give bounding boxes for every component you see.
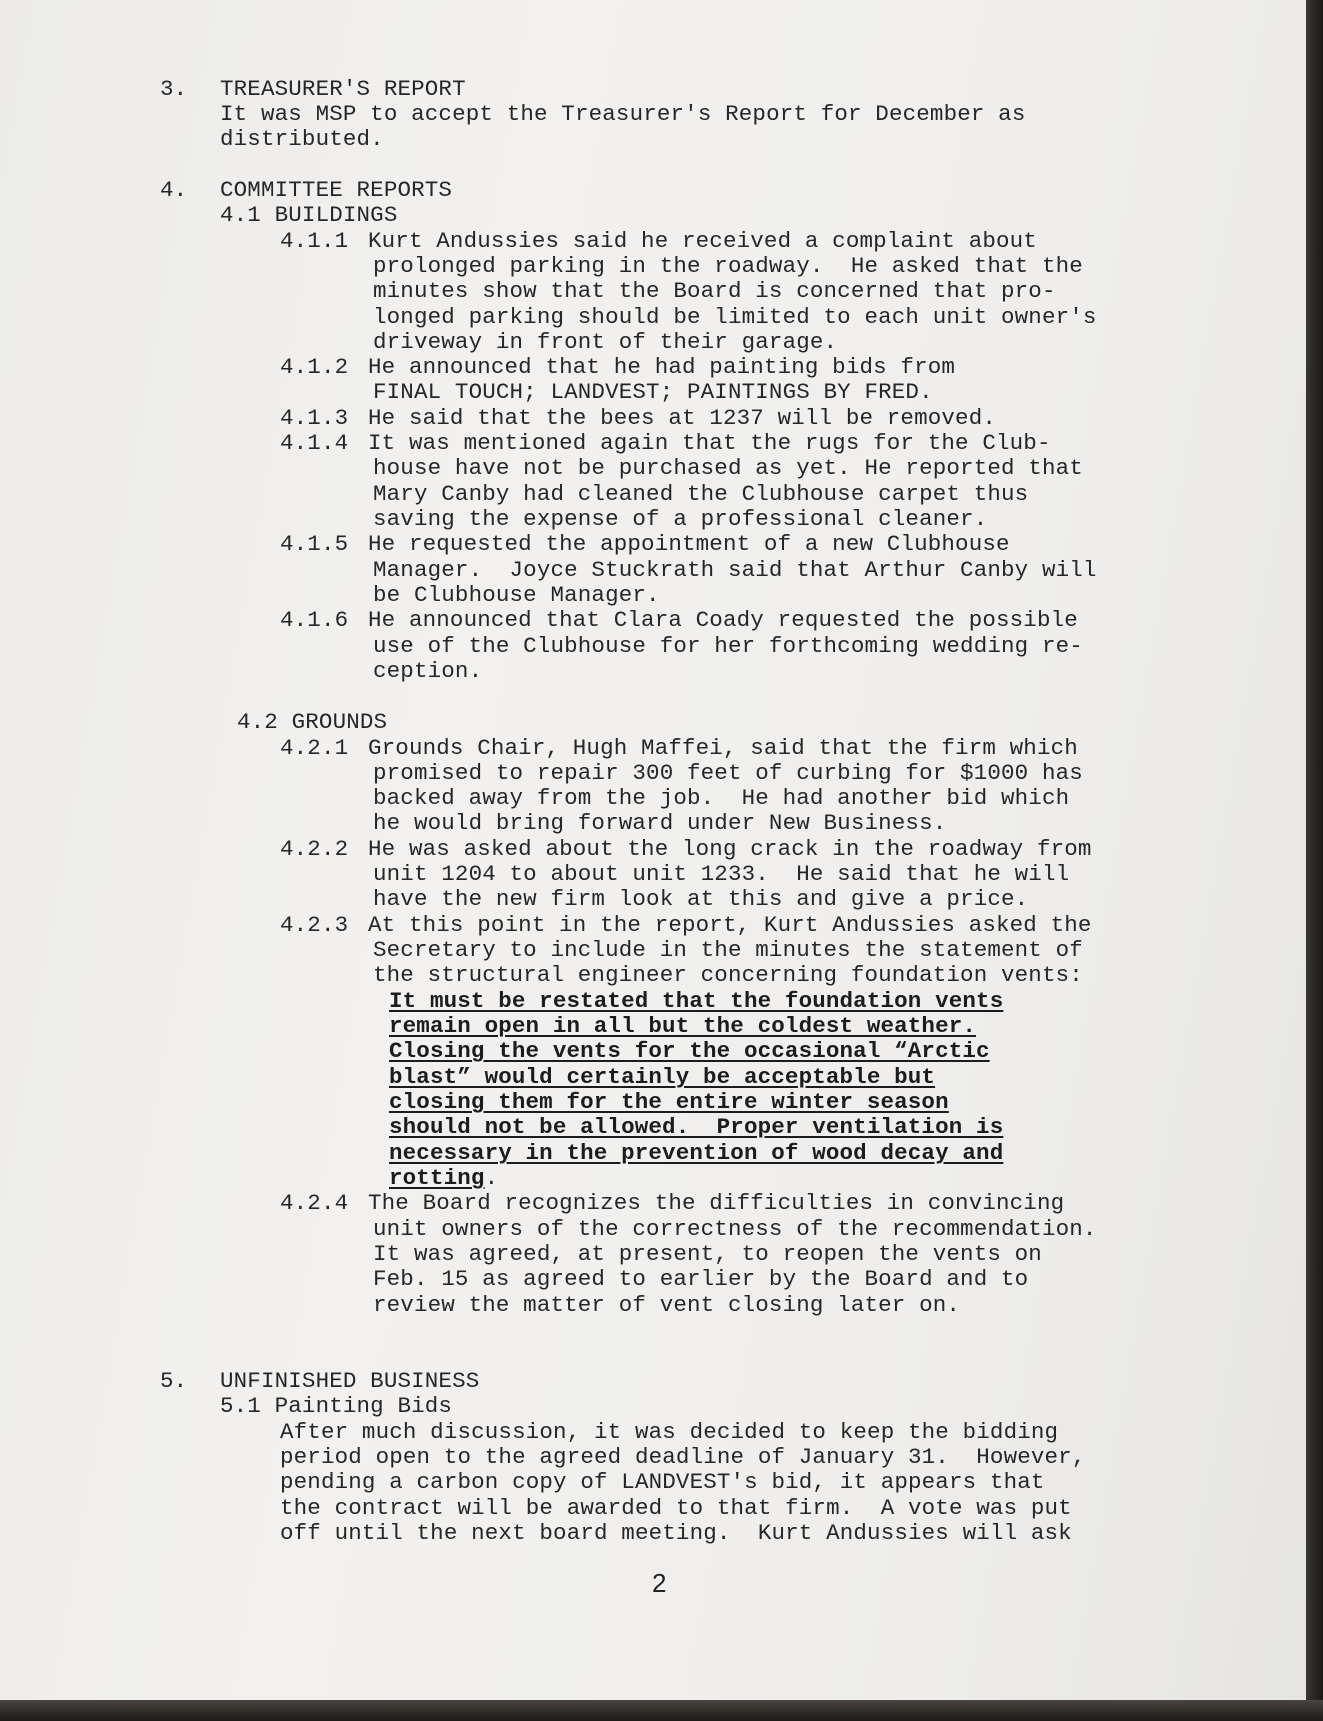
item-number: 4.1.1	[280, 229, 348, 254]
item-line: have the new firm look at this and give …	[373, 887, 1028, 912]
quote-line: necessary in the prevention of wood deca…	[389, 1141, 1003, 1166]
quote-line: remain open in all but the coldest weath…	[389, 1014, 976, 1039]
quote-line: It must be restated that the foundation …	[389, 989, 1003, 1014]
body-line: period open to the agreed deadline of Ja…	[280, 1445, 1085, 1470]
subsection-title: 4.2 GROUNDS	[237, 710, 387, 735]
item-line: prolonged parking in the roadway. He ask…	[373, 254, 1083, 279]
section-title: COMMITTEE REPORTS	[220, 178, 452, 203]
item-line: review the matter of vent closing later …	[373, 1293, 960, 1318]
section-title: TREASURER'S REPORT	[220, 77, 466, 102]
item-line: driveway in front of their garage.	[373, 330, 837, 355]
item-line: backed away from the job. He had another…	[373, 786, 1069, 811]
item-line: The Board recognizes the difficulties in…	[368, 1191, 1064, 1216]
item-number: 4.2.2	[280, 837, 348, 862]
section-title: UNFINISHED BUSINESS	[220, 1369, 479, 1394]
item-number: 4.2.3	[280, 913, 348, 938]
item-number: 4.2.4	[280, 1191, 348, 1216]
item-line: unit 1204 to about unit 1233. He said th…	[373, 862, 1069, 887]
body-line: the contract will be awarded to that fir…	[280, 1496, 1072, 1521]
item-line: He requested the appointment of a new Cl…	[368, 532, 1010, 557]
quote-period: .	[485, 1165, 499, 1191]
item-line: It was mentioned again that the rugs for…	[368, 431, 1051, 456]
item-line: Mary Canby had cleaned the Clubhouse car…	[373, 482, 1028, 507]
background-edge-right	[1306, 0, 1323, 1721]
subsection-title: 5.1 Painting Bids	[220, 1394, 452, 1419]
item-line: use of the Clubhouse for her forthcoming…	[373, 634, 1083, 659]
page-number: 2	[652, 1568, 666, 1599]
quote-line: rotting	[389, 1165, 485, 1191]
item-number: 4.1.5	[280, 532, 348, 557]
item-line: unit owners of the correctness of the re…	[373, 1217, 1097, 1242]
background-edge-bottom	[0, 1700, 1323, 1721]
item-line: At this point in the report, Kurt Anduss…	[368, 913, 1092, 938]
item-line: minutes show that the Board is concerned…	[373, 279, 1056, 304]
item-line: the structural engineer concerning found…	[373, 963, 1083, 988]
item-line: It was agreed, at present, to reopen the…	[373, 1242, 1042, 1267]
quote-last-line: rotting.	[389, 1166, 498, 1191]
item-line: Secretary to include in the minutes the …	[373, 938, 1083, 963]
body-line: distributed.	[220, 127, 384, 152]
item-line: Kurt Andussies said he received a compla…	[368, 229, 1037, 254]
item-line: He announced that he had painting bids f…	[368, 355, 955, 380]
quote-line: should not be allowed. Proper ventilatio…	[389, 1115, 1003, 1140]
item-line: He said that the bees at 1237 will be re…	[368, 406, 996, 431]
item-line: be Clubhouse Manager.	[373, 583, 660, 608]
item-line: He announced that Clara Coady requested …	[368, 608, 1078, 633]
item-number: 4.1.2	[280, 355, 348, 380]
quote-line: Closing the vents for the occasional “Ar…	[389, 1039, 990, 1064]
body-line: off until the next board meeting. Kurt A…	[280, 1521, 1072, 1546]
quote-line: blast” would certainly be acceptable but	[389, 1065, 935, 1090]
item-number: 4.1.3	[280, 406, 348, 431]
item-line: Grounds Chair, Hugh Maffei, said that th…	[368, 736, 1078, 761]
body-line: It was MSP to accept the Treasurer's Rep…	[220, 102, 1025, 127]
item-line: He was asked about the long crack in the…	[368, 837, 1092, 862]
item-line: promised to repair 300 feet of curbing f…	[373, 761, 1083, 786]
quote-line: closing them for the entire winter seaso…	[389, 1090, 949, 1115]
item-line: Manager. Joyce Stuckrath said that Arthu…	[373, 558, 1097, 583]
subsection-title: 4.1 BUILDINGS	[220, 203, 397, 228]
item-line: Feb. 15 as agreed to earlier by the Boar…	[373, 1267, 1028, 1292]
item-line: he would bring forward under New Busines…	[373, 811, 946, 836]
item-line: FINAL TOUCH; LANDVEST; PAINTINGS BY FRED…	[373, 380, 933, 405]
body-line: pending a carbon copy of LANDVEST's bid,…	[280, 1470, 1045, 1495]
section-number: 3.	[160, 77, 187, 102]
section-number: 5.	[160, 1369, 187, 1394]
item-line: longed parking should be limited to each…	[373, 305, 1097, 330]
item-number: 4.1.4	[280, 431, 348, 456]
item-number: 4.1.6	[280, 608, 348, 633]
item-line: house have not be purchased as yet. He r…	[373, 456, 1083, 481]
item-line: ception.	[373, 659, 482, 684]
item-line: saving the expense of a professional cle…	[373, 507, 987, 532]
body-line: After much discussion, it was decided to…	[280, 1420, 1058, 1445]
item-number: 4.2.1	[280, 736, 348, 761]
section-number: 4.	[160, 178, 187, 203]
